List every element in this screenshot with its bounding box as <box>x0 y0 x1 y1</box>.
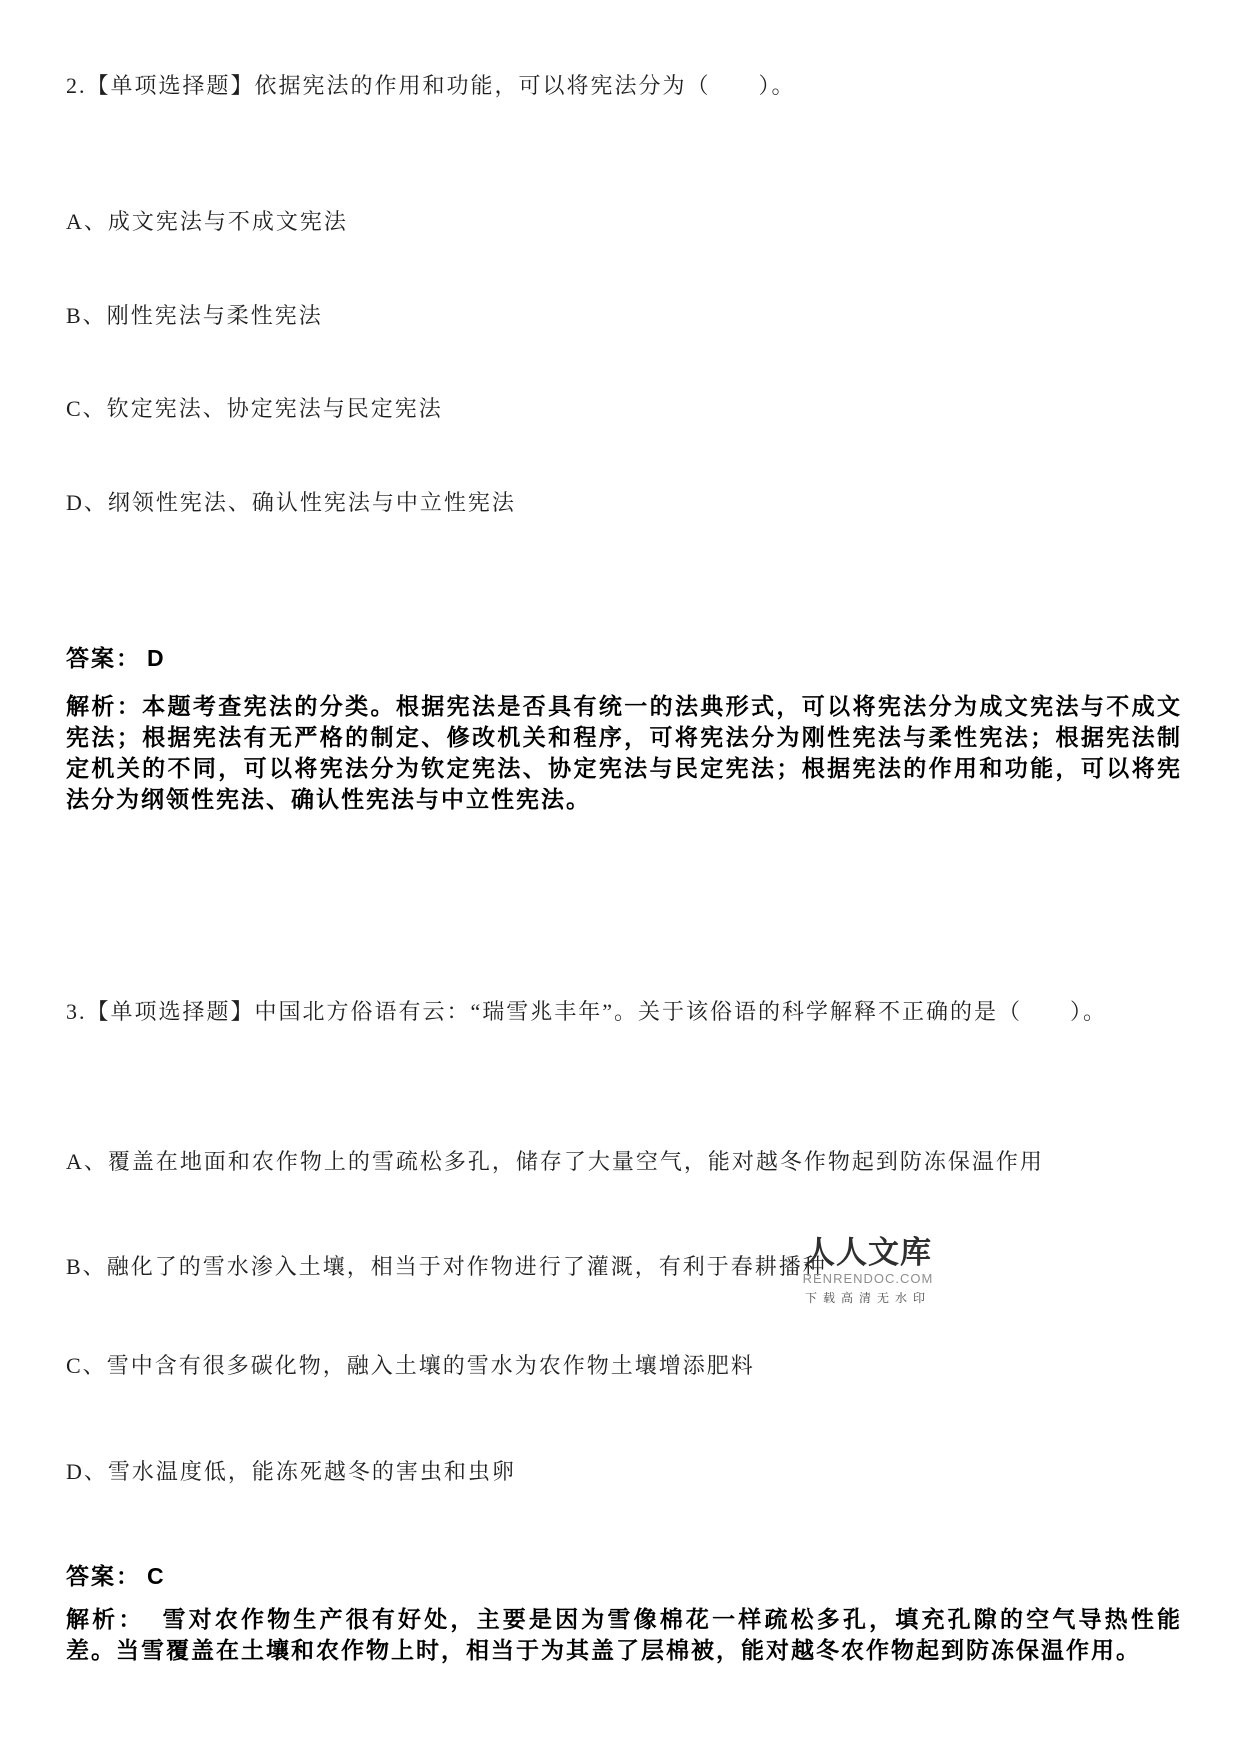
question-stem: 中国北方俗语有云：“瑞雪兆丰年”。关于该俗语的科学解释不正确的是（ ）。 <box>255 999 1108 1024</box>
question-3-option-d: D、雪水温度低，能冻死越冬的害虫和虫卵 <box>66 1456 1182 1488</box>
watermark-tagline: 下载高清无水印 <box>798 1289 938 1306</box>
question-2-option-a: A、成文宪法与不成文宪法 <box>66 206 1182 238</box>
question-3-option-a: A、覆盖在地面和农作物上的雪疏松多孔，储存了大量空气，能对越冬作物起到防冻保温作… <box>66 1146 1182 1178</box>
option-label: D、 <box>66 490 108 515</box>
option-text: 雪水温度低，能冻死越冬的害虫和虫卵 <box>108 1459 516 1484</box>
option-label: D、 <box>66 1459 108 1484</box>
option-label: A、 <box>66 1149 108 1174</box>
answer-label: 答案： <box>66 645 141 671</box>
question-3-option-b: B、融化了的雪水渗入土壤，相当于对作物进行了灌溉，有利于春耕播种 <box>66 1251 1182 1283</box>
analysis-text: 本题考查宪法的分类。根据宪法是否具有统一的法典形式，可以将宪法分为成文宪法与不成… <box>66 693 1182 812</box>
answer-value: D <box>147 645 166 671</box>
option-text: 成文宪法与不成文宪法 <box>108 209 348 234</box>
answer-label: 答案： <box>66 1563 141 1589</box>
question-2-answer-line: 答案：D <box>66 640 1182 673</box>
question-stem: 依据宪法的作用和功能，可以将宪法分为（ ）。 <box>255 73 796 98</box>
option-label: A、 <box>66 209 108 234</box>
question-3-option-c: C、雪中含有很多碳化物，融入土壤的雪水为农作物土壤增添肥料 <box>66 1350 1182 1382</box>
option-text: 钦定宪法、协定宪法与民定宪法 <box>107 396 443 421</box>
question-2-analysis: 解析：本题考查宪法的分类。根据宪法是否具有统一的法典形式，可以将宪法分为成文宪法… <box>66 691 1182 815</box>
option-text: 纲领性宪法、确认性宪法与中立性宪法 <box>108 490 516 515</box>
option-label: C、 <box>66 396 107 421</box>
document-page: 2.【单项选择题】依据宪法的作用和功能，可以将宪法分为（ ）。 A、成文宪法与不… <box>0 0 1240 1753</box>
question-3-analysis: 解析：雪对农作物生产很有好处，主要是因为雪像棉花一样疏松多孔，填充孔隙的空气导热… <box>66 1604 1182 1666</box>
option-label: C、 <box>66 1353 107 1378</box>
option-text: 雪中含有很多碳化物，融入土壤的雪水为农作物土壤增添肥料 <box>107 1353 755 1378</box>
question-2-option-c: C、钦定宪法、协定宪法与民定宪法 <box>66 393 1182 425</box>
question-number: 3. <box>66 999 87 1024</box>
question-3-title: 3.【单项选择题】中国北方俗语有云：“瑞雪兆丰年”。关于该俗语的科学解释不正确的… <box>66 996 1182 1028</box>
question-2-option-d: D、纲领性宪法、确认性宪法与中立性宪法 <box>66 487 1182 519</box>
question-3-answer-line: 答案：C <box>66 1558 1182 1591</box>
option-label: B、 <box>66 303 107 328</box>
question-type-tag: 【单项选择题】 <box>87 73 255 98</box>
analysis-label: 解析： <box>66 1606 145 1632</box>
option-text: 刚性宪法与柔性宪法 <box>107 303 323 328</box>
analysis-text: 雪对农作物生产很有好处，主要是因为雪像棉花一样疏松多孔，填充孔隙的空气导热性能差… <box>66 1606 1182 1663</box>
question-2-title: 2.【单项选择题】依据宪法的作用和功能，可以将宪法分为（ ）。 <box>66 70 1182 102</box>
analysis-label: 解析： <box>66 693 142 719</box>
question-number: 2. <box>66 73 87 98</box>
option-text: 融化了的雪水渗入土壤，相当于对作物进行了灌溉，有利于春耕播种 <box>107 1254 827 1279</box>
question-type-tag: 【单项选择题】 <box>87 999 255 1024</box>
answer-value: C <box>147 1563 166 1589</box>
question-2-option-b: B、刚性宪法与柔性宪法 <box>66 300 1182 332</box>
option-text: 覆盖在地面和农作物上的雪疏松多孔，储存了大量空气，能对越冬作物起到防冻保温作用 <box>108 1149 1044 1174</box>
option-label: B、 <box>66 1254 107 1279</box>
